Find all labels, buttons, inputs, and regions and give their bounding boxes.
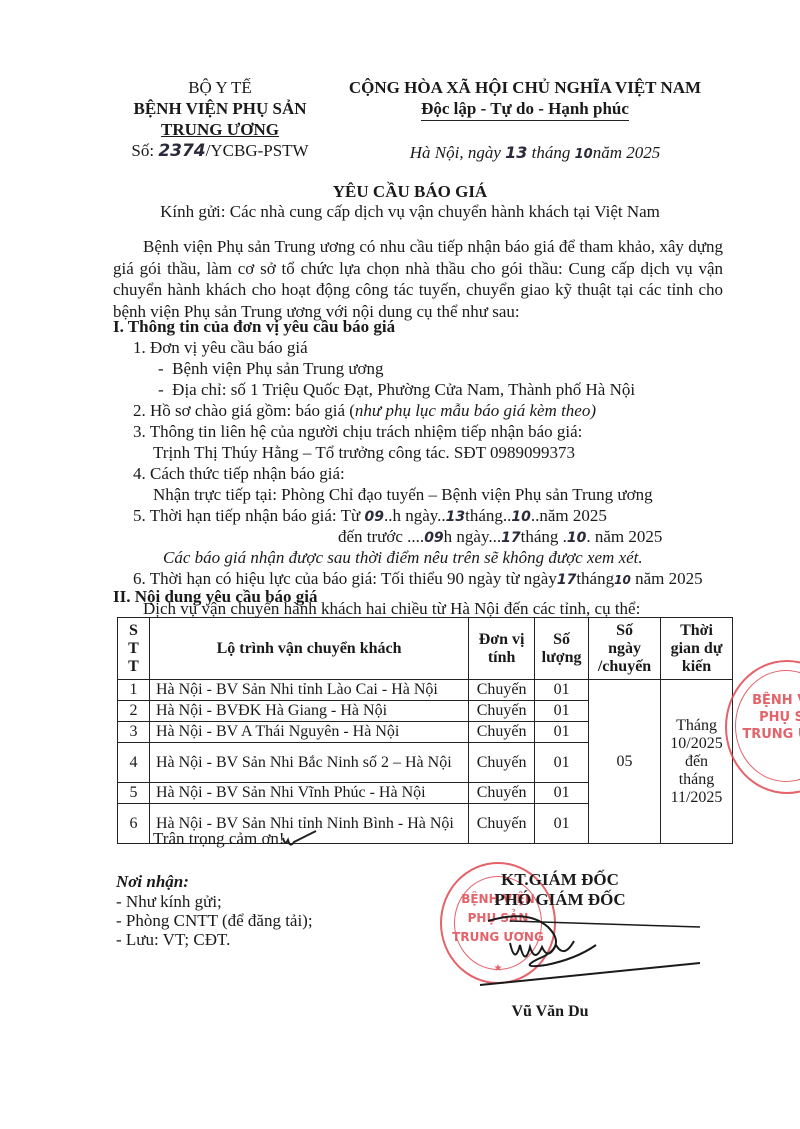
initials-mark-icon <box>280 828 320 852</box>
section-2-intro: Dịch vụ vận chuyển hành khách hai chiều … <box>117 600 733 617</box>
section-1-heading: I. Thông tin của đơn vị yêu cầu báo giá <box>113 316 395 337</box>
closing-thanks: Trân trọng cảm ơn! <box>153 828 285 849</box>
item-3-contact: Trịnh Thị Thúy Hằng – Tổ trưởng công tác… <box>153 442 575 463</box>
item-4-detail: Nhận trực tiếp tại: Phòng Chỉ đạo tuyến … <box>153 484 653 505</box>
item-5-note: Các báo giá nhận được sau thời điểm nêu … <box>163 547 643 568</box>
intro-paragraph: Bệnh viện Phụ sản Trung ương có nhu cầu … <box>113 236 723 322</box>
item-5-end: đến trước ....09h ngày...17tháng .10. nă… <box>338 526 662 549</box>
header-qty: Sốlượng <box>535 618 589 680</box>
national-header: CỘNG HÒA XÃ HỘI CHỦ NGHĨA VIỆT NAM Độc l… <box>330 77 720 165</box>
item-4: 4. Cách thức tiếp nhận báo giá: <box>133 463 345 484</box>
header-days: Sốngày/chuyến <box>589 618 661 680</box>
header-stt: STT <box>118 618 150 680</box>
recipient-item: - Như kính gửi; <box>116 892 222 911</box>
hospital-name: BỆNH VIỆN PHỤ SẢN <box>110 98 330 119</box>
document-date: Hà Nội, ngày 13 tháng 10năm 2025 <box>330 142 720 165</box>
national-motto: Độc lập - Tự do - Hạnh phúc <box>421 98 629 121</box>
recipient-line: Kính gửi: Các nhà cung cấp dịch vụ vận c… <box>100 202 720 222</box>
table-row: 1 Hà Nội - BV Sản Nhi tỉnh Lào Cai - Hà … <box>118 680 733 701</box>
header-time: Thờigian dựkiến <box>661 618 733 680</box>
issuer-block: BỘ Y TẾ BỆNH VIỆN PHỤ SẢN TRUNG ƯƠNG Số:… <box>110 77 330 162</box>
quote-request-table: Dịch vụ vận chuyển hành khách hai chiều … <box>117 600 733 844</box>
header-route: Lộ trình vận chuyển khách <box>149 618 468 680</box>
signatory-name: Vũ Văn Du <box>480 1003 620 1021</box>
item-1: 1. Đơn vị yêu cầu báo giá <box>133 337 308 358</box>
expected-time: Tháng10/2025đếntháng11/2025 <box>661 680 733 844</box>
document-number: Số: 2374/YCBG-PSTW <box>110 140 330 162</box>
country-name: CỘNG HÒA XÃ HỘI CHỦ NGHĨA VIỆT NAM <box>330 77 720 98</box>
item-5: 5. Thời hạn tiếp nhận báo giá: Từ 09..h … <box>133 505 607 528</box>
document-title: YÊU CẦU BÁO GIÁ <box>100 182 720 202</box>
item-1-sub-2: - Địa chỉ: số 1 Triệu Quốc Đạt, Phường C… <box>158 379 635 400</box>
handwritten-number: 2374 <box>158 141 205 161</box>
recipients-heading: Nơi nhận: <box>116 871 189 892</box>
hospital-name-line2: TRUNG ƯƠNG <box>110 119 330 140</box>
item-1-sub-1: - Bệnh viện Phụ sản Trung ương <box>158 358 384 379</box>
item-3: 3. Thông tin liên hệ của người chịu trác… <box>133 421 582 442</box>
signatory-title: KT.GIÁM ĐỐC PHÓ GIÁM ĐỐC <box>460 870 660 910</box>
table-header-row: STT Lộ trình vận chuyển khách Đơn vịtính… <box>118 618 733 680</box>
ministry-name: BỘ Y TẾ <box>110 77 330 98</box>
item-2: 2. Hồ sơ chào giá gồm: báo giá (như phụ … <box>133 400 596 421</box>
hospital-stamp-partial: BỆNH VIỆNPHỤ SẢNTRUNG ƯƠNG <box>725 660 800 794</box>
recipient-item: - Lưu: VT; CĐT. <box>116 930 230 949</box>
signature-icon <box>470 905 710 1015</box>
recipient-item: - Phòng CNTT (để đăng tải); <box>116 911 313 930</box>
header-unit: Đơn vịtính <box>469 618 535 680</box>
days-per-trip: 05 <box>589 680 661 844</box>
